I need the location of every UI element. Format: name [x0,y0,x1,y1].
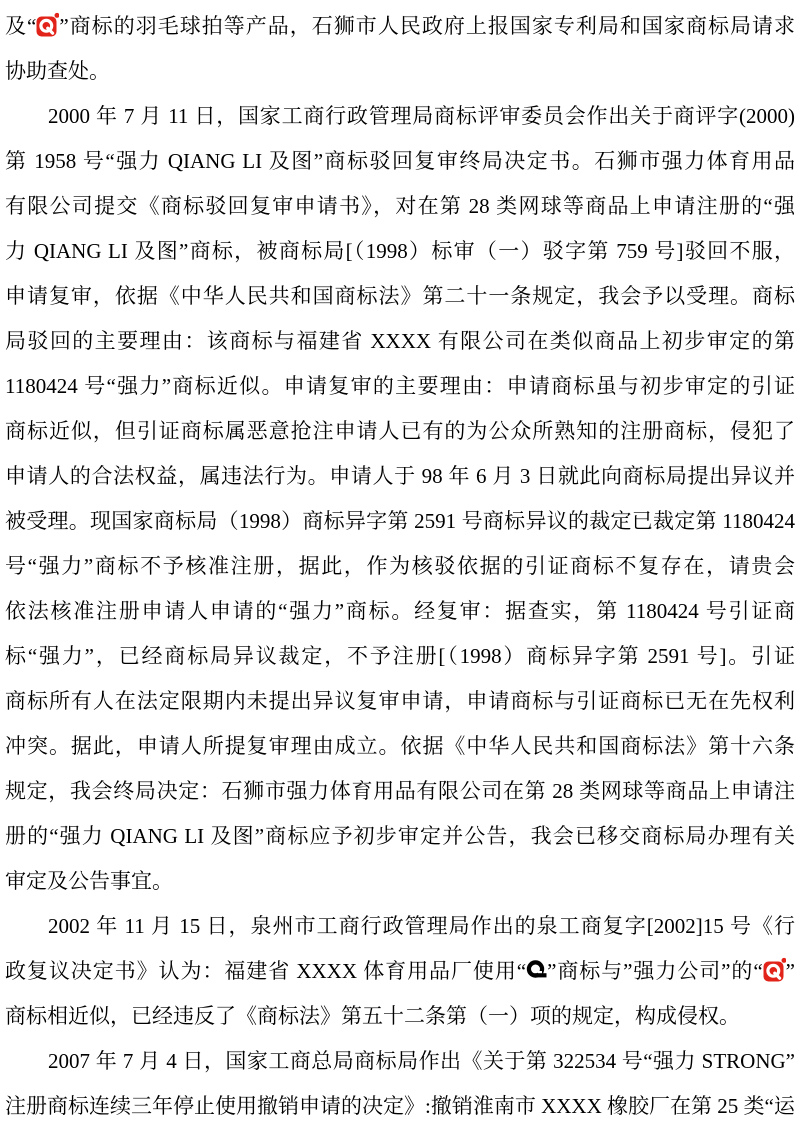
text-run: 注册商标连续三年停止使用撤销申请的决定》:撤销淮南市 XXXX 橡胶厂在第 25… [5,1094,795,1118]
text-line: 2002 年 11 月 15 日，泉州市工商行政管理局作出的泉工商复字[2002… [5,904,795,949]
qiangli-red-q-logo-icon [763,957,786,983]
text-run: 协助查处。 [5,59,110,83]
text-line: 号“强力”商标不予核准注册，据此，作为核驳依据的引证商标不复存在，请贵会 [5,544,795,589]
text-run: ”商标与”强力公司”的“ [547,959,763,983]
text-run: 商标所有人在法定限期内未提出异议复审申请，申请商标与引证商标已无在先权利 [5,689,795,713]
text-line: 2000 年 7 月 11 日，国家工商行政管理局商标评审委员会作出关于商评字(… [5,94,795,139]
text-line: 依法核准注册申请人申请的“强力”商标。经复审：据查实，第 1180424 号引证… [5,589,795,634]
text-line: 政复议决定书》认为：福建省 XXXX 体育用品厂使用“ ”商标与”强力公司”的“… [5,949,795,994]
text-line: 册的“强力 QIANG LI 及图”商标应予初步审定并公告，我会已移交商标局办理… [5,814,795,859]
text-line: 2007 年 7 月 4 日，国家工商总局商标局作出《关于第 322534 号“… [5,1039,795,1084]
text-line: 审定及公告事宜。 [5,859,795,904]
text-line: 商标相近似，已经违反了《商标法》第五十二条第（一）项的规定，构成侵权。 [5,994,795,1039]
text-line: 力 QIANG LI 及图”商标，被商标局[（1998）标审（一）驳字第 759… [5,229,795,274]
text-run: 审定及公告事宜。 [5,869,173,893]
text-run: 力 QIANG LI 及图”商标，被商标局[（1998）标审（一）驳字第 759… [5,239,795,263]
text-run: 冲突。据此，申请人所提复审理由成立。依据《中华人民共和国商标法》第十六条 [5,734,795,758]
text-run: 2002 年 11 月 15 日，泉州市工商行政管理局作出的泉工商复字[2002… [48,914,795,938]
text-run: 2000 年 7 月 11 日，国家工商行政管理局商标评审委员会作出关于商评字(… [48,104,795,128]
text-line: 标“强力”，已经商标局异议裁定，不予注册[（1998）商标异字第 2591 号]… [5,634,795,679]
text-line: 注册商标连续三年停止使用撤销申请的决定》:撤销淮南市 XXXX 橡胶厂在第 25… [5,1084,795,1129]
text-run: 册的“强力 QIANG LI 及图”商标应予初步审定并公告，我会已移交商标局办理… [5,824,795,848]
text-run: 标“强力”，已经商标局异议裁定，不予注册[（1998）商标异字第 2591 号]… [5,644,795,668]
text-run: 商标相近似，已经违反了《商标法》第五十二条第（一）项的规定，构成侵权。 [5,1004,740,1028]
text-run: 及“ [5,14,36,38]
text-run: 规定，我会终局决定：石狮市强力体育用品有限公司在第 28 类网球等商品上申请注 [5,779,795,803]
text-run: 商标近似，但引证商标属恶意抢注申请人已有的为公众所熟知的注册商标，侵犯了 [5,419,795,443]
text-run: 申请人的合法权益，属违法行为。申请人于 98 年 6 月 3 日就此向商标局提出… [5,464,795,488]
text-line: 及“ ”商标的羽毛球拍等产品，石狮市人民政府上报国家专利局和国家商标局请求 [5,4,795,49]
text-run: 被受理。现国家商标局（1998）商标异字第 2591 号商标异议的裁定已裁定第 … [5,509,795,533]
text-line: 申请复审，依据《中华人民共和国商标法》第二十一条规定，我会予以受理。商标 [5,274,795,319]
text-line: 商标所有人在法定限期内未提出异议复审申请，申请商标与引证商标已无在先权利 [5,679,795,724]
text-run: 局驳回的主要理由：该商标与福建省 XXXX 有限公司在类似商品上初步审定的第 [5,329,795,353]
text-line: 商标近似，但引证商标属恶意抢注申请人已有的为公众所熟知的注册商标，侵犯了 [5,409,795,454]
text-run: 依法核准注册申请人申请的“强力”商标。经复审：据查实，第 1180424 号引证… [5,599,795,623]
text-run: 申请复审，依据《中华人民共和国商标法》第二十一条规定，我会予以受理。商标 [5,284,795,308]
text-run: 第 1958 号“强力 QIANG LI 及图”商标驳回复审终局决定书。石狮市强… [5,149,795,173]
text-line: 冲突。据此，申请人所提复审理由成立。依据《中华人民共和国商标法》第十六条 [5,724,795,769]
text-line: 申请人的合法权益，属违法行为。申请人于 98 年 6 月 3 日就此向商标局提出… [5,454,795,499]
text-line: 规定，我会终局决定：石狮市强力体育用品有限公司在第 28 类网球等商品上申请注 [5,769,795,814]
document-page: 及“ ”商标的羽毛球拍等产品，石狮市人民政府上报国家专利局和国家商标局请求协助查… [0,0,800,1142]
text-run: ” [786,959,795,983]
text-run: 号“强力”商标不予核准注册，据此，作为核驳依据的引证商标不复存在，请贵会 [5,554,795,578]
black-q-logo-icon [526,960,547,980]
text-run: ”商标的羽毛球拍等产品，石狮市人民政府上报国家专利局和国家商标局请求 [59,14,795,38]
text-line: 有限公司提交《商标驳回复审申请书》，对在第 28 类网球等商品上申请注册的“强 [5,184,795,229]
text-line: 被受理。现国家商标局（1998）商标异字第 2591 号商标异议的裁定已裁定第 … [5,499,795,544]
text-run: 1180424 号“强力”商标近似。申请复审的主要理由：申请商标虽与初步审定的引… [5,374,795,398]
text-run: 有限公司提交《商标驳回复审申请书》，对在第 28 类网球等商品上申请注册的“强 [5,194,795,218]
text-line: 协助查处。 [5,49,795,94]
document-text: 及“ ”商标的羽毛球拍等产品，石狮市人民政府上报国家专利局和国家商标局请求协助查… [5,4,795,1129]
text-run: 2007 年 7 月 4 日，国家工商总局商标局作出《关于第 322534 号“… [48,1049,795,1073]
text-line: 1180424 号“强力”商标近似。申请复审的主要理由：申请商标虽与初步审定的引… [5,364,795,409]
text-line: 第 1958 号“强力 QIANG LI 及图”商标驳回复审终局决定书。石狮市强… [5,139,795,184]
text-line: 局驳回的主要理由：该商标与福建省 XXXX 有限公司在类似商品上初步审定的第 [5,319,795,364]
qiangli-red-q-logo-icon [36,12,59,38]
text-run: 政复议决定书》认为：福建省 XXXX 体育用品厂使用“ [5,959,526,983]
